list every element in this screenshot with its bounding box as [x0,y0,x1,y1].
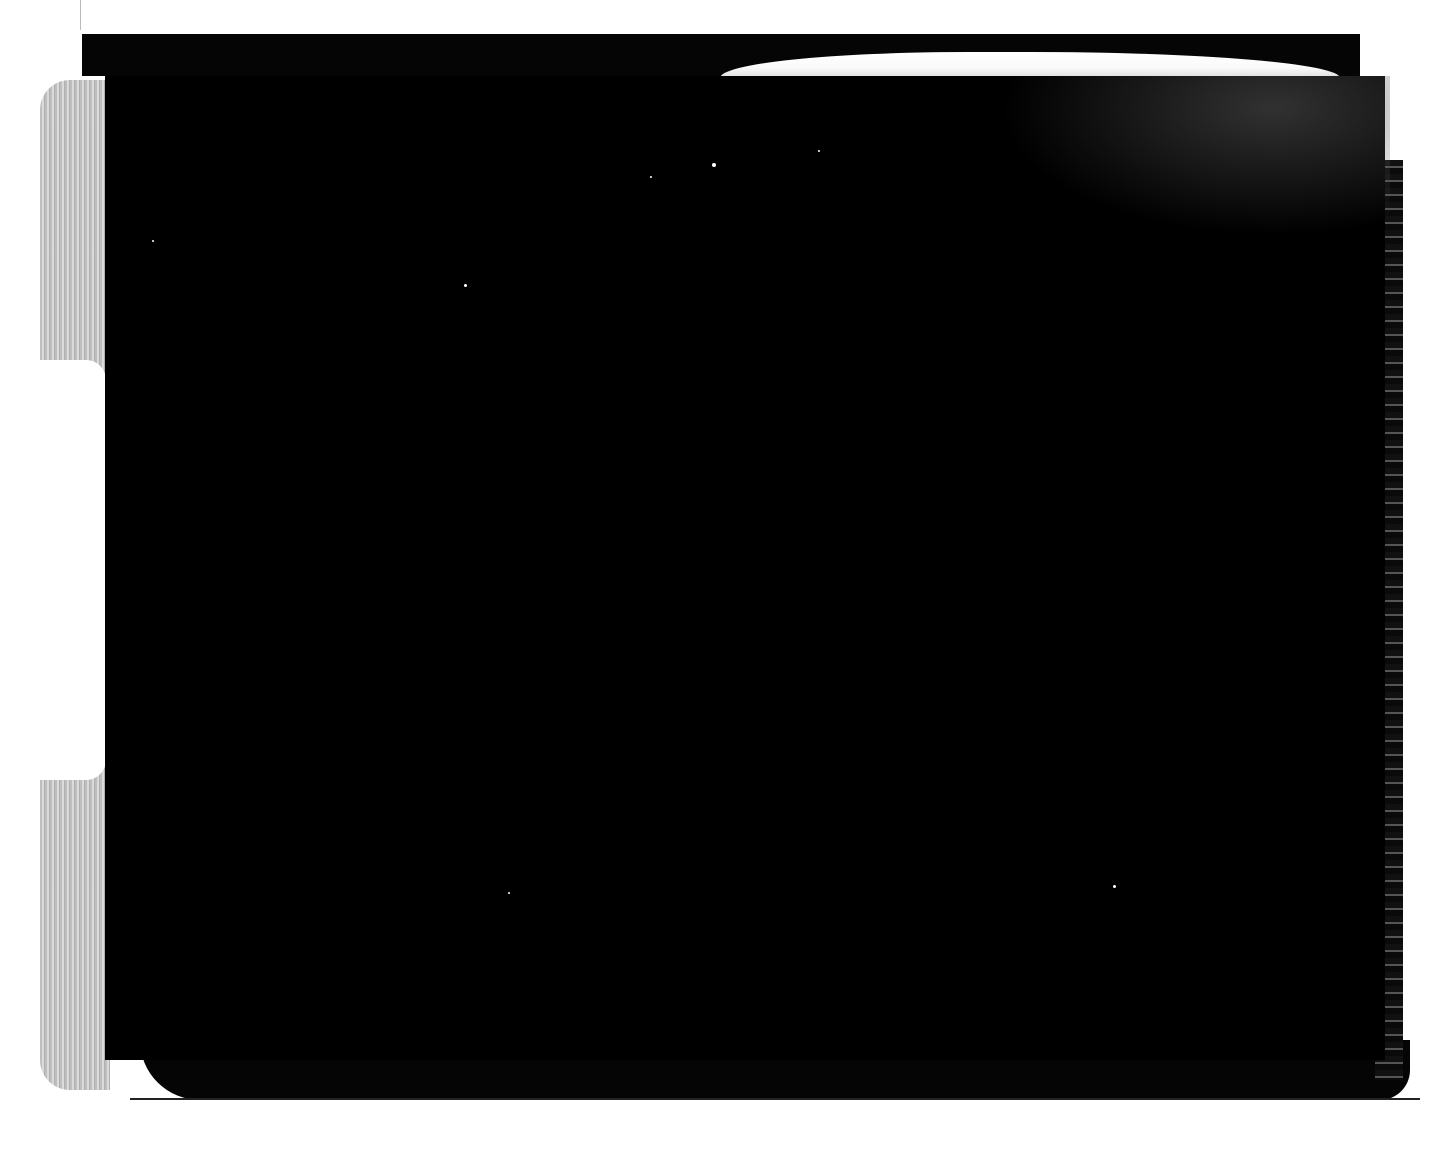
light-sheen [1000,76,1390,236]
dust-speck [464,284,467,287]
dust-speck [712,163,716,167]
film-frame [0,0,1445,1156]
dust-speck [1113,885,1116,888]
left-edge-gap [36,360,106,780]
bottom-hairline [130,1098,1420,1100]
dust-speck [818,150,820,152]
dust-speck [650,176,652,178]
top-hairline [80,0,81,30]
dust-speck [152,240,154,242]
dust-speck [508,892,510,894]
